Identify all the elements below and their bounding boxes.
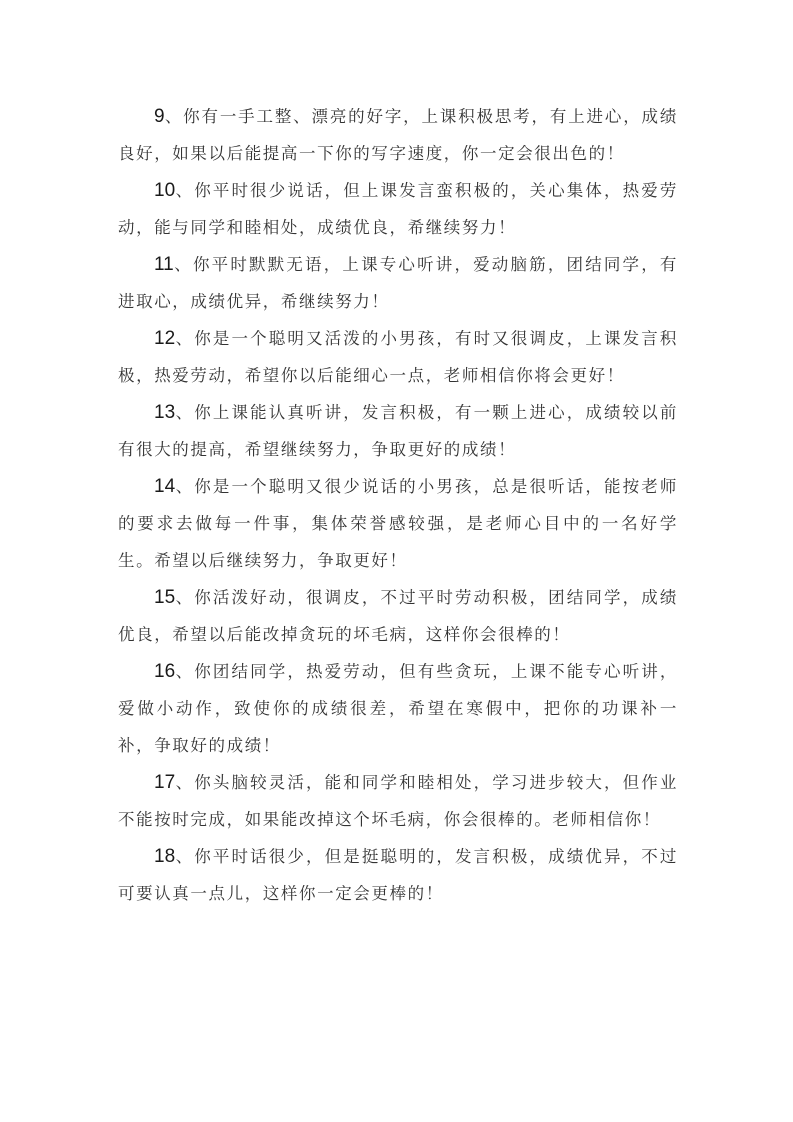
item-text: 、你活泼好动，很调皮，不过平时劳动积极，团结同学，成绩优良，希望以后能改掉贪玩的… xyxy=(118,588,678,644)
item-number: 12 xyxy=(154,328,175,349)
item-number: 16 xyxy=(154,661,175,682)
item-number: 14 xyxy=(154,476,175,497)
comment-paragraph-15: 15、你活泼好动，很调皮，不过平时劳动积极，团结同学，成绩优良，希望以后能改掉贪… xyxy=(118,579,678,653)
item-text: 、你平时很少说话，但上课发言蛮积极的，关心集体，热爱劳动，能与同学和睦相处，成绩… xyxy=(118,181,678,237)
item-text: 、你有一手工整、漂亮的好字，上课积极思考，有上进心，成绩良好，如果以后能提高一下… xyxy=(118,107,678,163)
document-page: 9、你有一手工整、漂亮的好字，上课积极思考，有上进心，成绩良好，如果以后能提高一… xyxy=(118,98,678,912)
comment-paragraph-16: 16、你团结同学，热爱劳动，但有些贪玩，上课不能专心听讲，爱做小动作，致使你的成… xyxy=(118,653,678,764)
item-number: 9 xyxy=(154,106,165,127)
item-text: 、你团结同学，热爱劳动，但有些贪玩，上课不能专心听讲，爱做小动作，致使你的成绩很… xyxy=(118,662,678,755)
item-number: 11 xyxy=(154,254,174,275)
item-number: 13 xyxy=(154,402,175,423)
comment-paragraph-17: 17、你头脑较灵活，能和同学和睦相处，学习进步较大，但作业不能按时完成，如果能改… xyxy=(118,764,678,838)
item-text: 、你平时默默无语，上课专心听讲，爱动脑筋，团结同学，有进取心，成绩优异，希继续努… xyxy=(118,255,678,311)
item-number: 18 xyxy=(154,846,175,867)
comment-paragraph-12: 12、你是一个聪明又活泼的小男孩，有时又很调皮，上课发言积极，热爱劳动，希望你以… xyxy=(118,320,678,394)
comment-paragraph-9: 9、你有一手工整、漂亮的好字，上课积极思考，有上进心，成绩良好，如果以后能提高一… xyxy=(118,98,678,172)
item-number: 10 xyxy=(154,180,175,201)
comment-paragraph-10: 10、你平时很少说话，但上课发言蛮积极的，关心集体，热爱劳动，能与同学和睦相处，… xyxy=(118,172,678,246)
item-text: 、你是一个聪明又很少说话的小男孩，总是很听话，能按老师的要求去做每一件事，集体荣… xyxy=(118,477,678,570)
item-number: 17 xyxy=(154,772,175,793)
item-text: 、你头脑较灵活，能和同学和睦相处，学习进步较大，但作业不能按时完成，如果能改掉这… xyxy=(118,773,678,829)
item-text: 、你上课能认真听讲，发言积极，有一颗上进心，成绩较以前有很大的提高，希望继续努力… xyxy=(118,403,678,459)
item-text: 、你平时话很少，但是挺聪明的，发言积极，成绩优异，不过可要认真一点儿，这样你一定… xyxy=(118,847,678,903)
comment-paragraph-14: 14、你是一个聪明又很少说话的小男孩，总是很听话，能按老师的要求去做每一件事，集… xyxy=(118,468,678,579)
comment-paragraph-11: 11、你平时默默无语，上课专心听讲，爱动脑筋，团结同学，有进取心，成绩优异，希继… xyxy=(118,246,678,320)
item-number: 15 xyxy=(154,587,175,608)
comment-paragraph-13: 13、你上课能认真听讲，发言积极，有一颗上进心，成绩较以前有很大的提高，希望继续… xyxy=(118,394,678,468)
comment-paragraph-18: 18、你平时话很少，但是挺聪明的，发言积极，成绩优异，不过可要认真一点儿，这样你… xyxy=(118,838,678,912)
item-text: 、你是一个聪明又活泼的小男孩，有时又很调皮，上课发言积极，热爱劳动，希望你以后能… xyxy=(118,329,678,385)
